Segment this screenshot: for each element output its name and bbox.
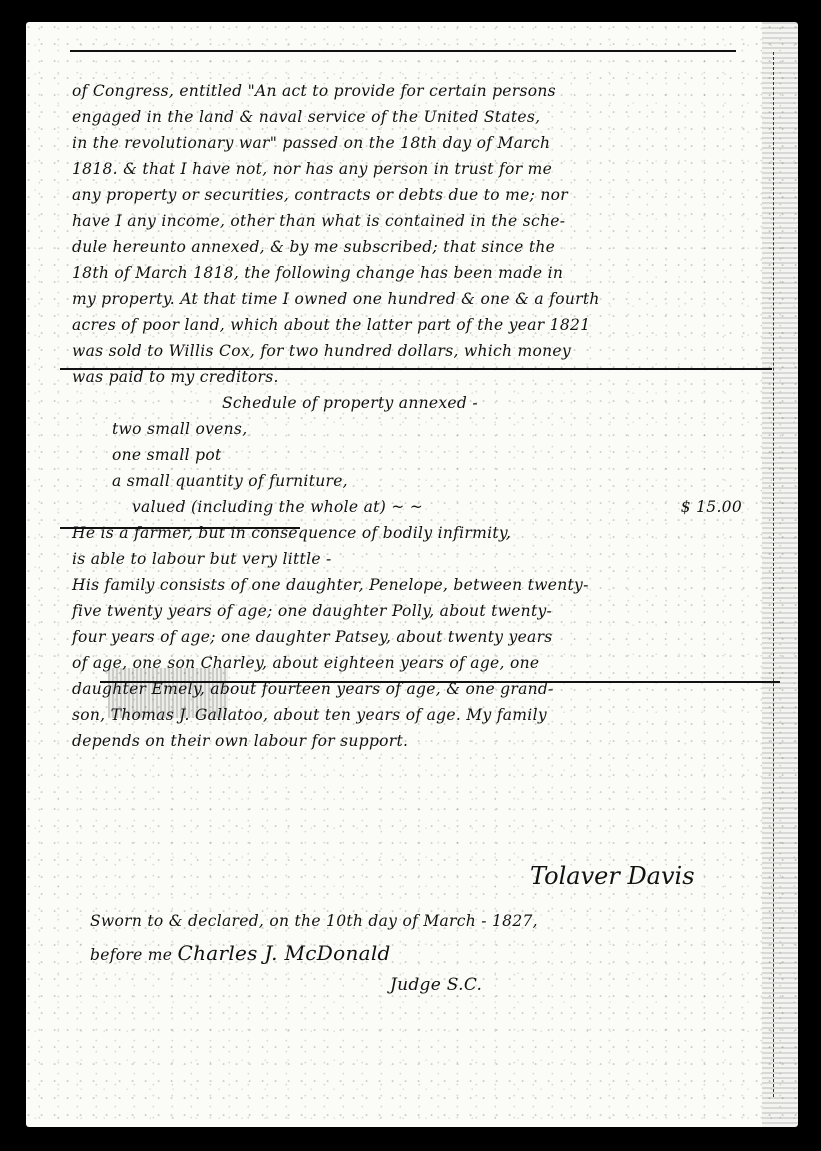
declarant-signature: Tolaver Davis [530, 862, 695, 890]
schedule-item: a small quantity of furniture, [72, 468, 772, 494]
body-line: have I any income, other than what is co… [72, 208, 772, 234]
schedule-valuation: valued (including the whole at) ~ ~ $ 15… [72, 494, 772, 520]
family-line: daughter Emely, about fourteen years of … [72, 676, 772, 702]
before-label: before me [90, 946, 172, 964]
family-line: five twenty years of age; one daughter P… [72, 598, 772, 624]
section-divider [100, 681, 780, 683]
body-line: engaged in the land & naval service of t… [72, 104, 772, 130]
body-line: acres of poor land, which about the latt… [72, 312, 772, 338]
family-line: depends on their own labour for support. [72, 728, 772, 754]
body-line: of Congress, entitled "An act to provide… [72, 78, 772, 104]
currency-symbol: $ [681, 498, 691, 516]
occupation-line: He is a farmer, but in consequence of bo… [72, 520, 772, 546]
amount-value: 15.00 [696, 498, 742, 516]
schedule-item: one small pot [72, 442, 772, 468]
valuation-label: valued (including the whole at) ~ ~ [132, 498, 423, 516]
body-line: in the revolutionary war" passed on the … [72, 130, 772, 156]
oath-line: Sworn to & declared, on the 10th day of … [90, 905, 770, 937]
family-line: of age, one son Charley, about eighteen … [72, 650, 772, 676]
schedule-item: two small ovens, [72, 416, 772, 442]
occupation-line: is able to labour but very little - [72, 546, 772, 572]
body-line: was sold to Willis Cox, for two hundred … [72, 338, 772, 364]
body-line: dule hereunto annexed, & by me subscribe… [72, 234, 772, 260]
schedule-heading: Schedule of property annexed - [72, 390, 772, 416]
valuation-amount: $ 15.00 [681, 494, 742, 520]
section-divider [60, 527, 300, 529]
judge-title: Judge S.C. [90, 969, 770, 1001]
judge-signature: Charles J. McDonald [177, 941, 390, 965]
right-frame-line [773, 52, 774, 1097]
document-body: of Congress, entitled "An act to provide… [72, 78, 772, 754]
body-line: 1818. & that I have not, nor has any per… [72, 156, 772, 182]
section-divider [60, 368, 772, 370]
top-border-line [70, 50, 736, 52]
body-line: 18th of March 1818, the following change… [72, 260, 772, 286]
body-line: my property. At that time I owned one hu… [72, 286, 772, 312]
family-line: His family consists of one daughter, Pen… [72, 572, 772, 598]
family-line: son, Thomas J. Gallatoo, about ten years… [72, 702, 772, 728]
body-line: any property or securities, contracts or… [72, 182, 772, 208]
oath-before: before me Charles J. McDonald [90, 937, 770, 969]
oath-block: Sworn to & declared, on the 10th day of … [90, 905, 770, 1001]
family-line: four years of age; one daughter Patsey, … [72, 624, 772, 650]
